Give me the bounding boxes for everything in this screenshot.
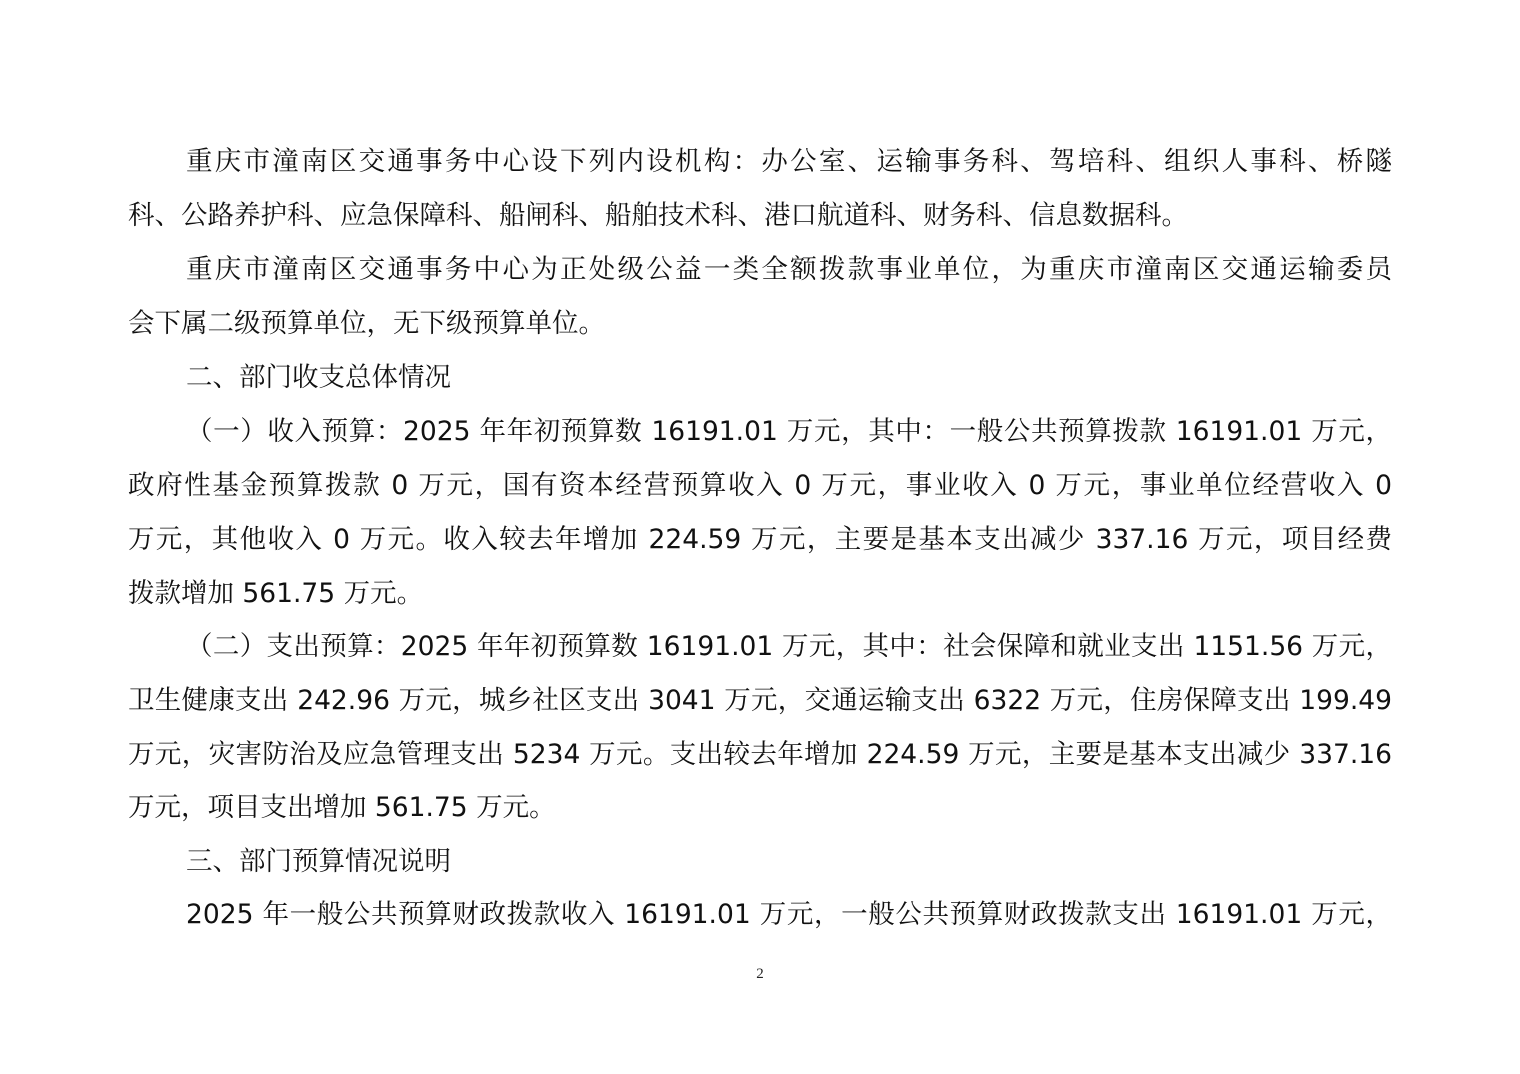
section-heading-revenue-expenditure: 二、部门收支总体情况: [186, 358, 1392, 398]
document-page: 重庆市潼南区交通事务中心设下列内设机构：办公室、运输事务科、驾培科、组织人事科、…: [0, 0, 1520, 1074]
paragraph-expenditure-budget-line-1: （二）支出预算：2025 年年初预算数 16191.01 万元，其中：社会保障和…: [186, 627, 1392, 667]
paragraph-revenue-budget-line-4: 拨款增加 561.75 万元。: [128, 574, 1392, 614]
paragraph-expenditure-budget-line-4: 万元，项目支出增加 561.75 万元。: [128, 788, 1392, 828]
paragraph-departments-line-1: 重庆市潼南区交通事务中心设下列内设机构：办公室、运输事务科、驾培科、组织人事科、…: [186, 142, 1392, 182]
section-heading-budget-explanation: 三、部门预算情况说明: [186, 842, 1392, 882]
paragraph-unit-nature-line-1: 重庆市潼南区交通事务中心为正处级公益一类全额拨款事业单位，为重庆市潼南区交通运输…: [186, 250, 1392, 290]
paragraph-departments-line-2: 科、公路养护科、应急保障科、船闸科、船舶技术科、港口航道科、财务科、信息数据科。: [128, 196, 1392, 236]
page-number: 2: [0, 966, 1520, 983]
paragraph-unit-nature-line-2: 会下属二级预算单位，无下级预算单位。: [128, 304, 1392, 344]
paragraph-general-budget-line-1: 2025 年一般公共预算财政拨款收入 16191.01 万元，一般公共预算财政拨…: [186, 895, 1392, 935]
paragraph-revenue-budget-line-3: 万元，其他收入 0 万元。收入较去年增加 224.59 万元，主要是基本支出减少…: [128, 520, 1392, 560]
paragraph-expenditure-budget-line-3: 万元，灾害防治及应急管理支出 5234 万元。支出较去年增加 224.59 万元…: [128, 735, 1392, 775]
paragraph-expenditure-budget-line-2: 卫生健康支出 242.96 万元，城乡社区支出 3041 万元，交通运输支出 6…: [128, 681, 1392, 721]
paragraph-revenue-budget-line-1: （一）收入预算：2025 年年初预算数 16191.01 万元，其中：一般公共预…: [186, 412, 1392, 452]
paragraph-revenue-budget-line-2: 政府性基金预算拨款 0 万元，国有资本经营预算收入 0 万元，事业收入 0 万元…: [128, 466, 1392, 506]
